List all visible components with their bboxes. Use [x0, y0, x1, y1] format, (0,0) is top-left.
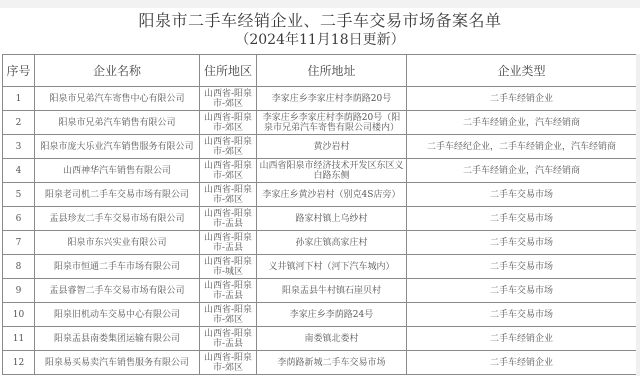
- header-no: 序号: [3, 55, 35, 87]
- cell-address: 李家庄乡黄沙岩村（别克4S店旁）: [257, 183, 407, 207]
- cell-region: 山西省-阳泉市-郊区: [200, 135, 257, 159]
- cell-no: 5: [3, 183, 35, 207]
- cell-region: 山西省-阳泉市-城区: [200, 255, 257, 279]
- cell-region: 山西省-阳泉市-郊区: [200, 351, 257, 375]
- cell-region: 山西省-阳泉市-盂县: [200, 279, 257, 303]
- table-row: 1阳泉市兄弟汽车寄售中心有限公司山西省-阳泉市-郊区李家庄乡李家庄村李荫路20号…: [3, 87, 637, 111]
- cell-address: 南娄镇北娄村: [257, 327, 407, 351]
- cell-address: 路家村镇上乌纱村: [257, 207, 407, 231]
- cell-region: 山西省-阳泉市-郊区: [200, 159, 257, 183]
- cell-company-name: 盂县睿智二手车交易市场有限公司: [35, 279, 200, 303]
- top-margin: [0, 0, 640, 8]
- cell-no: 6: [3, 207, 35, 231]
- table-row: 2阳泉市兄弟汽车销售有限公司山西省-阳泉市-郊区李家庄乡李家庄村李荫路20号（阳…: [3, 111, 637, 135]
- cell-no: 8: [3, 255, 35, 279]
- cell-address: 山西省阳泉市经济技术开发区东区义白路东侧: [257, 159, 407, 183]
- cell-no: 1: [3, 87, 35, 111]
- cell-region: 山西省-阳泉市-盂县: [200, 207, 257, 231]
- cell-company-name: 阳泉盂县南娄集团运输有限公司: [35, 327, 200, 351]
- cell-address: 李家庄乡李家庄村李荫路20号: [257, 87, 407, 111]
- cell-type: 二手车经销企业，汽车经销商: [407, 111, 637, 135]
- table-row: 8阳泉市恒通二手车市场有限公司山西省-阳泉市-城区义井镇河下村（河下汽车城内）二…: [3, 255, 637, 279]
- table-row: 6盂县珍友二手车交易市场有限公司山西省-阳泉市-盂县路家村镇上乌纱村二手车交易市…: [3, 207, 637, 231]
- cell-type: 二手车交易市场: [407, 207, 637, 231]
- cell-address: 李家庄乡李家庄村李荫路20号（阳泉市兄弟汽车寄售有限公司楼内）: [257, 111, 407, 135]
- header-address: 住所地址: [257, 55, 407, 87]
- cell-region: 山西省-阳泉市-郊区: [200, 111, 257, 135]
- document-header: 阳泉市二手车经销企业、二手车交易市场备案名单 （2024年11月18日更新）: [0, 8, 640, 54]
- cell-company-name: 阳泉易买易卖汽车销售服务有限公司: [35, 351, 200, 375]
- header-type: 企业类型: [407, 55, 637, 87]
- cell-type: 二手车经销企业: [407, 87, 637, 111]
- table-row: 11阳泉盂县南娄集团运输有限公司山西省-阳泉市-盂县南娄镇北娄村二手车经销企业: [3, 327, 637, 351]
- cell-no: 10: [3, 303, 35, 327]
- cell-type: 二手车交易市场: [407, 231, 637, 255]
- table-row: 5阳泉老司机二手车交易市场有限公司山西省-阳泉市-郊区李家庄乡黄沙岩村（别克4S…: [3, 183, 637, 207]
- cell-type: 二手车交易市场: [407, 183, 637, 207]
- cell-no: 4: [3, 159, 35, 183]
- table-row: 7阳泉市东兴实业有限公司山西省-阳泉市-盂县孙家庄镇高家庄村二手车交易市场: [3, 231, 637, 255]
- table-row: 9盂县睿智二手车交易市场有限公司山西省-阳泉市-盂县阳泉盂县牛村镇石崖贝村二手车…: [3, 279, 637, 303]
- cell-company-name: 阳泉旧机动车交易中心有限公司: [35, 303, 200, 327]
- cell-address: 李家庄乡李荫路24号: [257, 303, 407, 327]
- table-row: 3阳泉市庞大乐业汽车销售服务有限公司山西省-阳泉市-郊区黄沙岩村二手车经纪企业，…: [3, 135, 637, 159]
- cell-no: 2: [3, 111, 35, 135]
- cell-no: 7: [3, 231, 35, 255]
- cell-company-name: 阳泉市恒通二手车市场有限公司: [35, 255, 200, 279]
- cell-no: 11: [3, 327, 35, 351]
- cell-region: 山西省-阳泉市-郊区: [200, 303, 257, 327]
- document-title: 阳泉市二手车经销企业、二手车交易市场备案名单: [0, 11, 640, 31]
- cell-region: 山西省-阳泉市-盂县: [200, 231, 257, 255]
- cell-address: 黄沙岩村: [257, 135, 407, 159]
- cell-company-name: 盂县珍友二手车交易市场有限公司: [35, 207, 200, 231]
- cell-type: 二手车交易市场: [407, 279, 637, 303]
- cell-region: 山西省-阳泉市-郊区: [200, 183, 257, 207]
- cell-company-name: 阳泉市东兴实业有限公司: [35, 231, 200, 255]
- cell-no: 3: [3, 135, 35, 159]
- cell-company-name: 阳泉老司机二手车交易市场有限公司: [35, 183, 200, 207]
- cell-type: 二手车交易市场: [407, 303, 637, 327]
- header-region: 住所地区: [200, 55, 257, 87]
- registry-table: 序号 企业名称 住所地区 住所地址 企业类型 1阳泉市兄弟汽车寄售中心有限公司山…: [2, 54, 637, 375]
- cell-address: 阳泉盂县牛村镇石崖贝村: [257, 279, 407, 303]
- cell-type: 二手车经销企业: [407, 351, 637, 375]
- cell-type: 二手车经销企业: [407, 327, 637, 351]
- cell-type: 二手车经纪企业，二手车经销企业，汽车经销商: [407, 135, 637, 159]
- header-company-name: 企业名称: [35, 55, 200, 87]
- cell-address: 孙家庄镇高家庄村: [257, 231, 407, 255]
- cell-region: 山西省-阳泉市-郊区: [200, 87, 257, 111]
- cell-company-name: 阳泉市庞大乐业汽车销售服务有限公司: [35, 135, 200, 159]
- cell-no: 9: [3, 279, 35, 303]
- cell-company-name: 阳泉市兄弟汽车销售有限公司: [35, 111, 200, 135]
- cell-region: 山西省-阳泉市-盂县: [200, 327, 257, 351]
- table-header-row: 序号 企业名称 住所地区 住所地址 企业类型: [3, 55, 637, 87]
- cell-address: 李荫路新城二手车交易市场: [257, 351, 407, 375]
- table-row: 10阳泉旧机动车交易中心有限公司山西省-阳泉市-郊区李家庄乡李荫路24号二手车交…: [3, 303, 637, 327]
- cell-address: 义井镇河下村（河下汽车城内）: [257, 255, 407, 279]
- table-row: 12阳泉易买易卖汽车销售服务有限公司山西省-阳泉市-郊区李荫路新城二手车交易市场…: [3, 351, 637, 375]
- right-margin: [636, 54, 640, 376]
- table-row: 4山西神华汽车销售有限公司山西省-阳泉市-郊区山西省阳泉市经济技术开发区东区义白…: [3, 159, 637, 183]
- cell-type: 二手车交易市场: [407, 255, 637, 279]
- cell-company-name: 山西神华汽车销售有限公司: [35, 159, 200, 183]
- cell-company-name: 阳泉市兄弟汽车寄售中心有限公司: [35, 87, 200, 111]
- document-subtitle: （2024年11月18日更新）: [0, 31, 640, 49]
- cell-no: 12: [3, 351, 35, 375]
- cell-type: 二手车经销企业，汽车经销商: [407, 159, 637, 183]
